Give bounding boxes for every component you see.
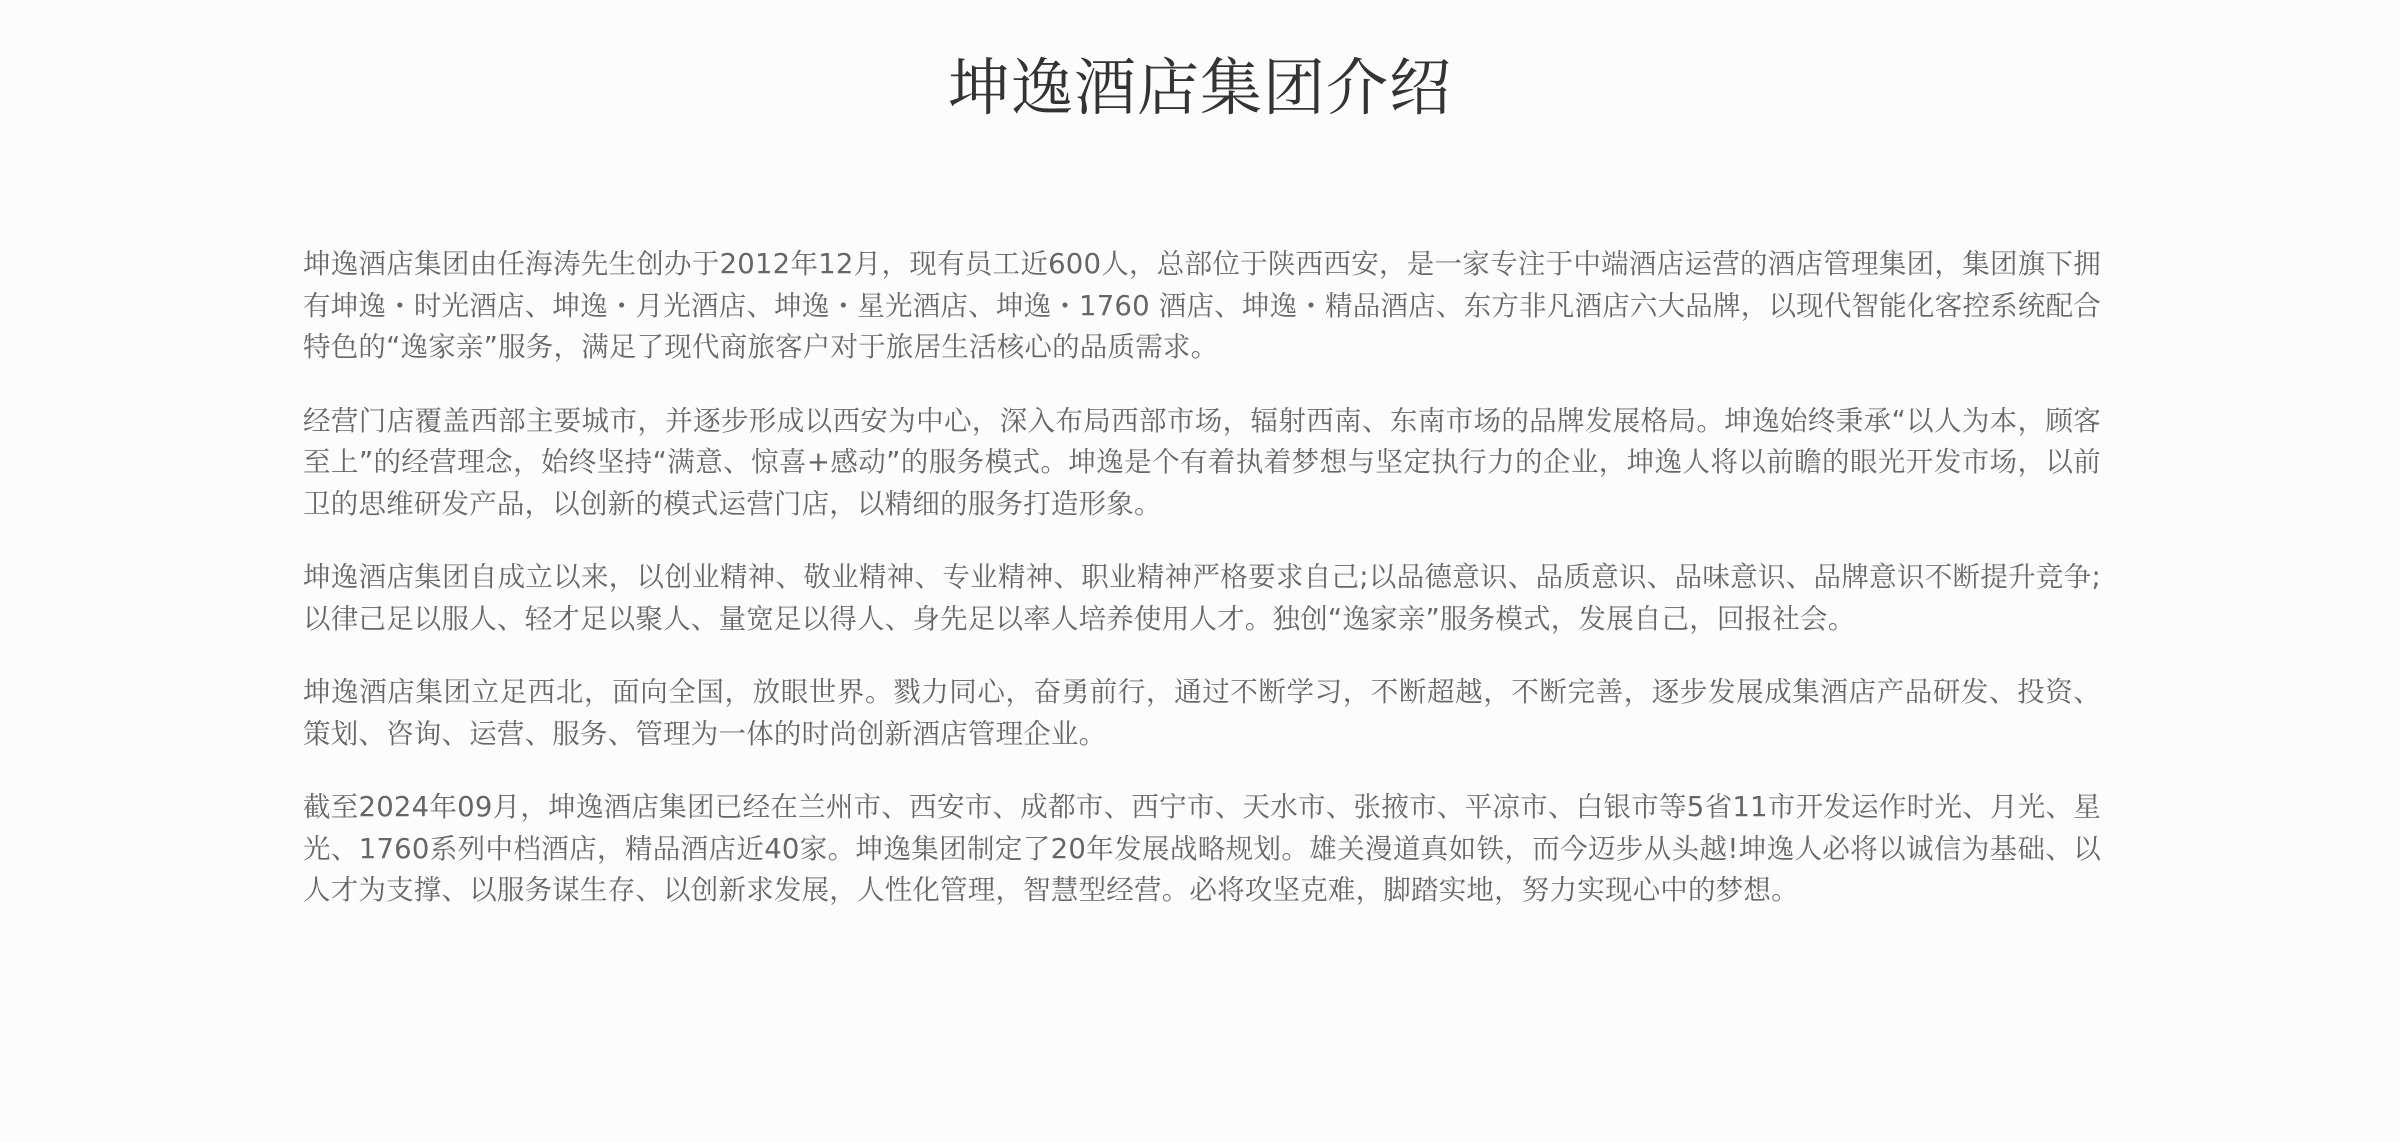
paragraph-current-status: 截至2024年09月，坤逸酒店集团已经在兰州市、西安市、成都市、西宁市、天水市、…: [303, 787, 2101, 912]
page: 坤逸酒店集团介绍 坤逸酒店集团由任海涛先生创办于2012年12月，现有员工近60…: [0, 0, 2400, 1142]
paragraph-vision: 坤逸酒店集团立足西北，面向全国，放眼世界。戮力同心，奋勇前行，通过不断学习，不断…: [303, 672, 2101, 755]
page-title: 坤逸酒店集团介绍: [0, 48, 2400, 128]
paragraph-market-layout: 经营门店覆盖西部主要城市，并逐步形成以西安为中心，深入布局西部市场，辐射西南、东…: [303, 401, 2101, 526]
article-body: 坤逸酒店集团由任海涛先生创办于2012年12月，现有员工近600人，总部位于陕西…: [303, 244, 2101, 944]
paragraph-corporate-spirit: 坤逸酒店集团自成立以来，以创业精神、敬业精神、专业精神、职业精神严格要求自己;以…: [303, 557, 2101, 640]
paragraph-intro: 坤逸酒店集团由任海涛先生创办于2012年12月，现有员工近600人，总部位于陕西…: [303, 244, 2101, 369]
